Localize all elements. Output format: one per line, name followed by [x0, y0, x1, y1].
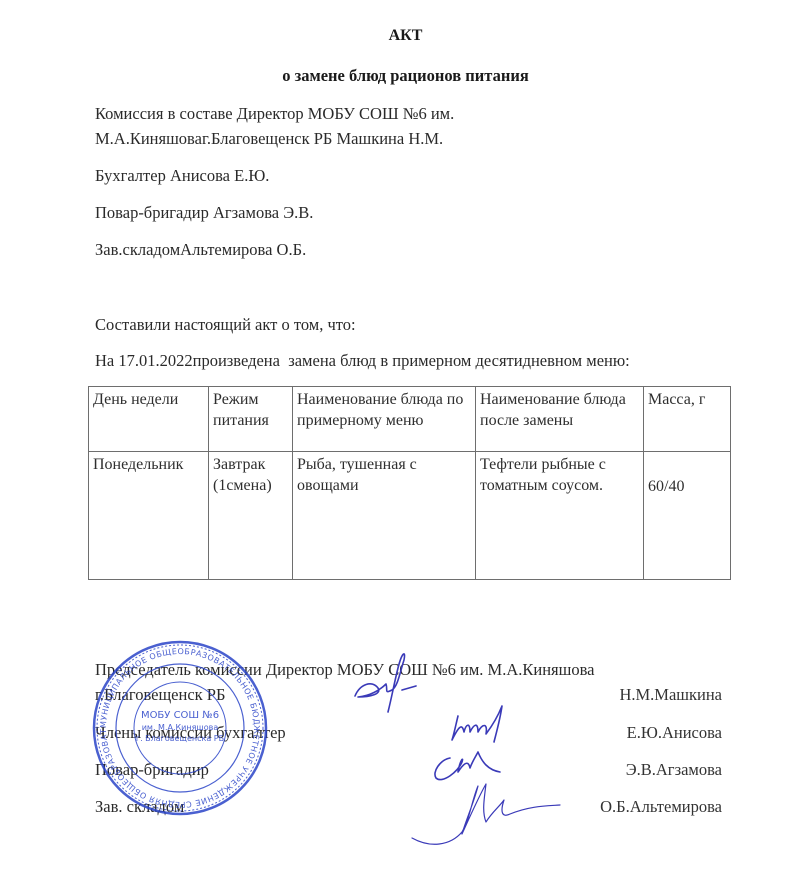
mass-value: 60/40 [648, 476, 726, 497]
cell-meal: Завтрак (1смена) [209, 452, 293, 580]
storekeeper-signature-icon [412, 784, 560, 844]
statement-text: Составили настоящий акт о том, что: [95, 315, 356, 335]
header-replacement-dish: Наименование блюда после замены [476, 387, 644, 452]
chairman-line-1: Председатель комиссии Директор МОБУ СОШ … [95, 660, 594, 680]
document-subtitle: о замене блюд рационов питания [0, 66, 811, 86]
document-title: АКТ [0, 27, 811, 45]
cell-original-dish: Рыба, тушенная с овощами [293, 452, 476, 580]
header-original-dish: Наименование блюда по примерному меню [293, 387, 476, 452]
cell-replacement-dish: Тефтели рыбные с томатным соусом. [476, 452, 644, 580]
accountant-name: Е.Ю.Анисова [627, 723, 722, 743]
chairman-name: Н.М.Машкина [619, 685, 722, 705]
header-meal: Режим питания [209, 387, 293, 452]
table-row: Понедельник Завтрак (1смена) Рыба, тушен… [89, 452, 731, 580]
header-mass: Масса, г [644, 387, 731, 452]
replacement-table: День недели Режим питания Наименование б… [88, 386, 731, 580]
storekeeper-label: Зав. складом [95, 797, 184, 817]
accountant-signature-icon [452, 706, 502, 742]
cook-name: Э.В.Агзамова [626, 760, 722, 780]
cell-mass: 60/40 [644, 452, 731, 580]
table-header-row: День недели Режим питания Наименование б… [89, 387, 731, 452]
commission-line-2: М.А.Киняшоваг.Благовещенск РБ Машкина Н.… [95, 129, 443, 149]
stamp-center-1: МОБУ СОШ №6 [141, 710, 219, 721]
header-day: День недели [89, 387, 209, 452]
replacement-note: На 17.01.2022произведена замена блюд в п… [95, 351, 630, 371]
cell-day: Понедельник [89, 452, 209, 580]
member-cook: Повар-бригадир Агзамова Э.В. [95, 203, 313, 223]
storekeeper-name: О.Б.Альтемирова [600, 797, 722, 817]
accountant-label: Члены комиссии бухгалтер [95, 723, 286, 743]
cook-signature-icon [435, 752, 500, 780]
member-accountant: Бухгалтер Анисова Е.Ю. [95, 166, 269, 186]
commission-line-1: Комиссия в составе Директор МОБУ СОШ №6 … [95, 104, 454, 124]
chairman-line-2: г.Благовещенск РБ [95, 685, 225, 705]
member-storekeeper: Зав.складомАльтемирова О.Б. [95, 240, 306, 260]
cook-label: Повар-бригадир [95, 760, 209, 780]
